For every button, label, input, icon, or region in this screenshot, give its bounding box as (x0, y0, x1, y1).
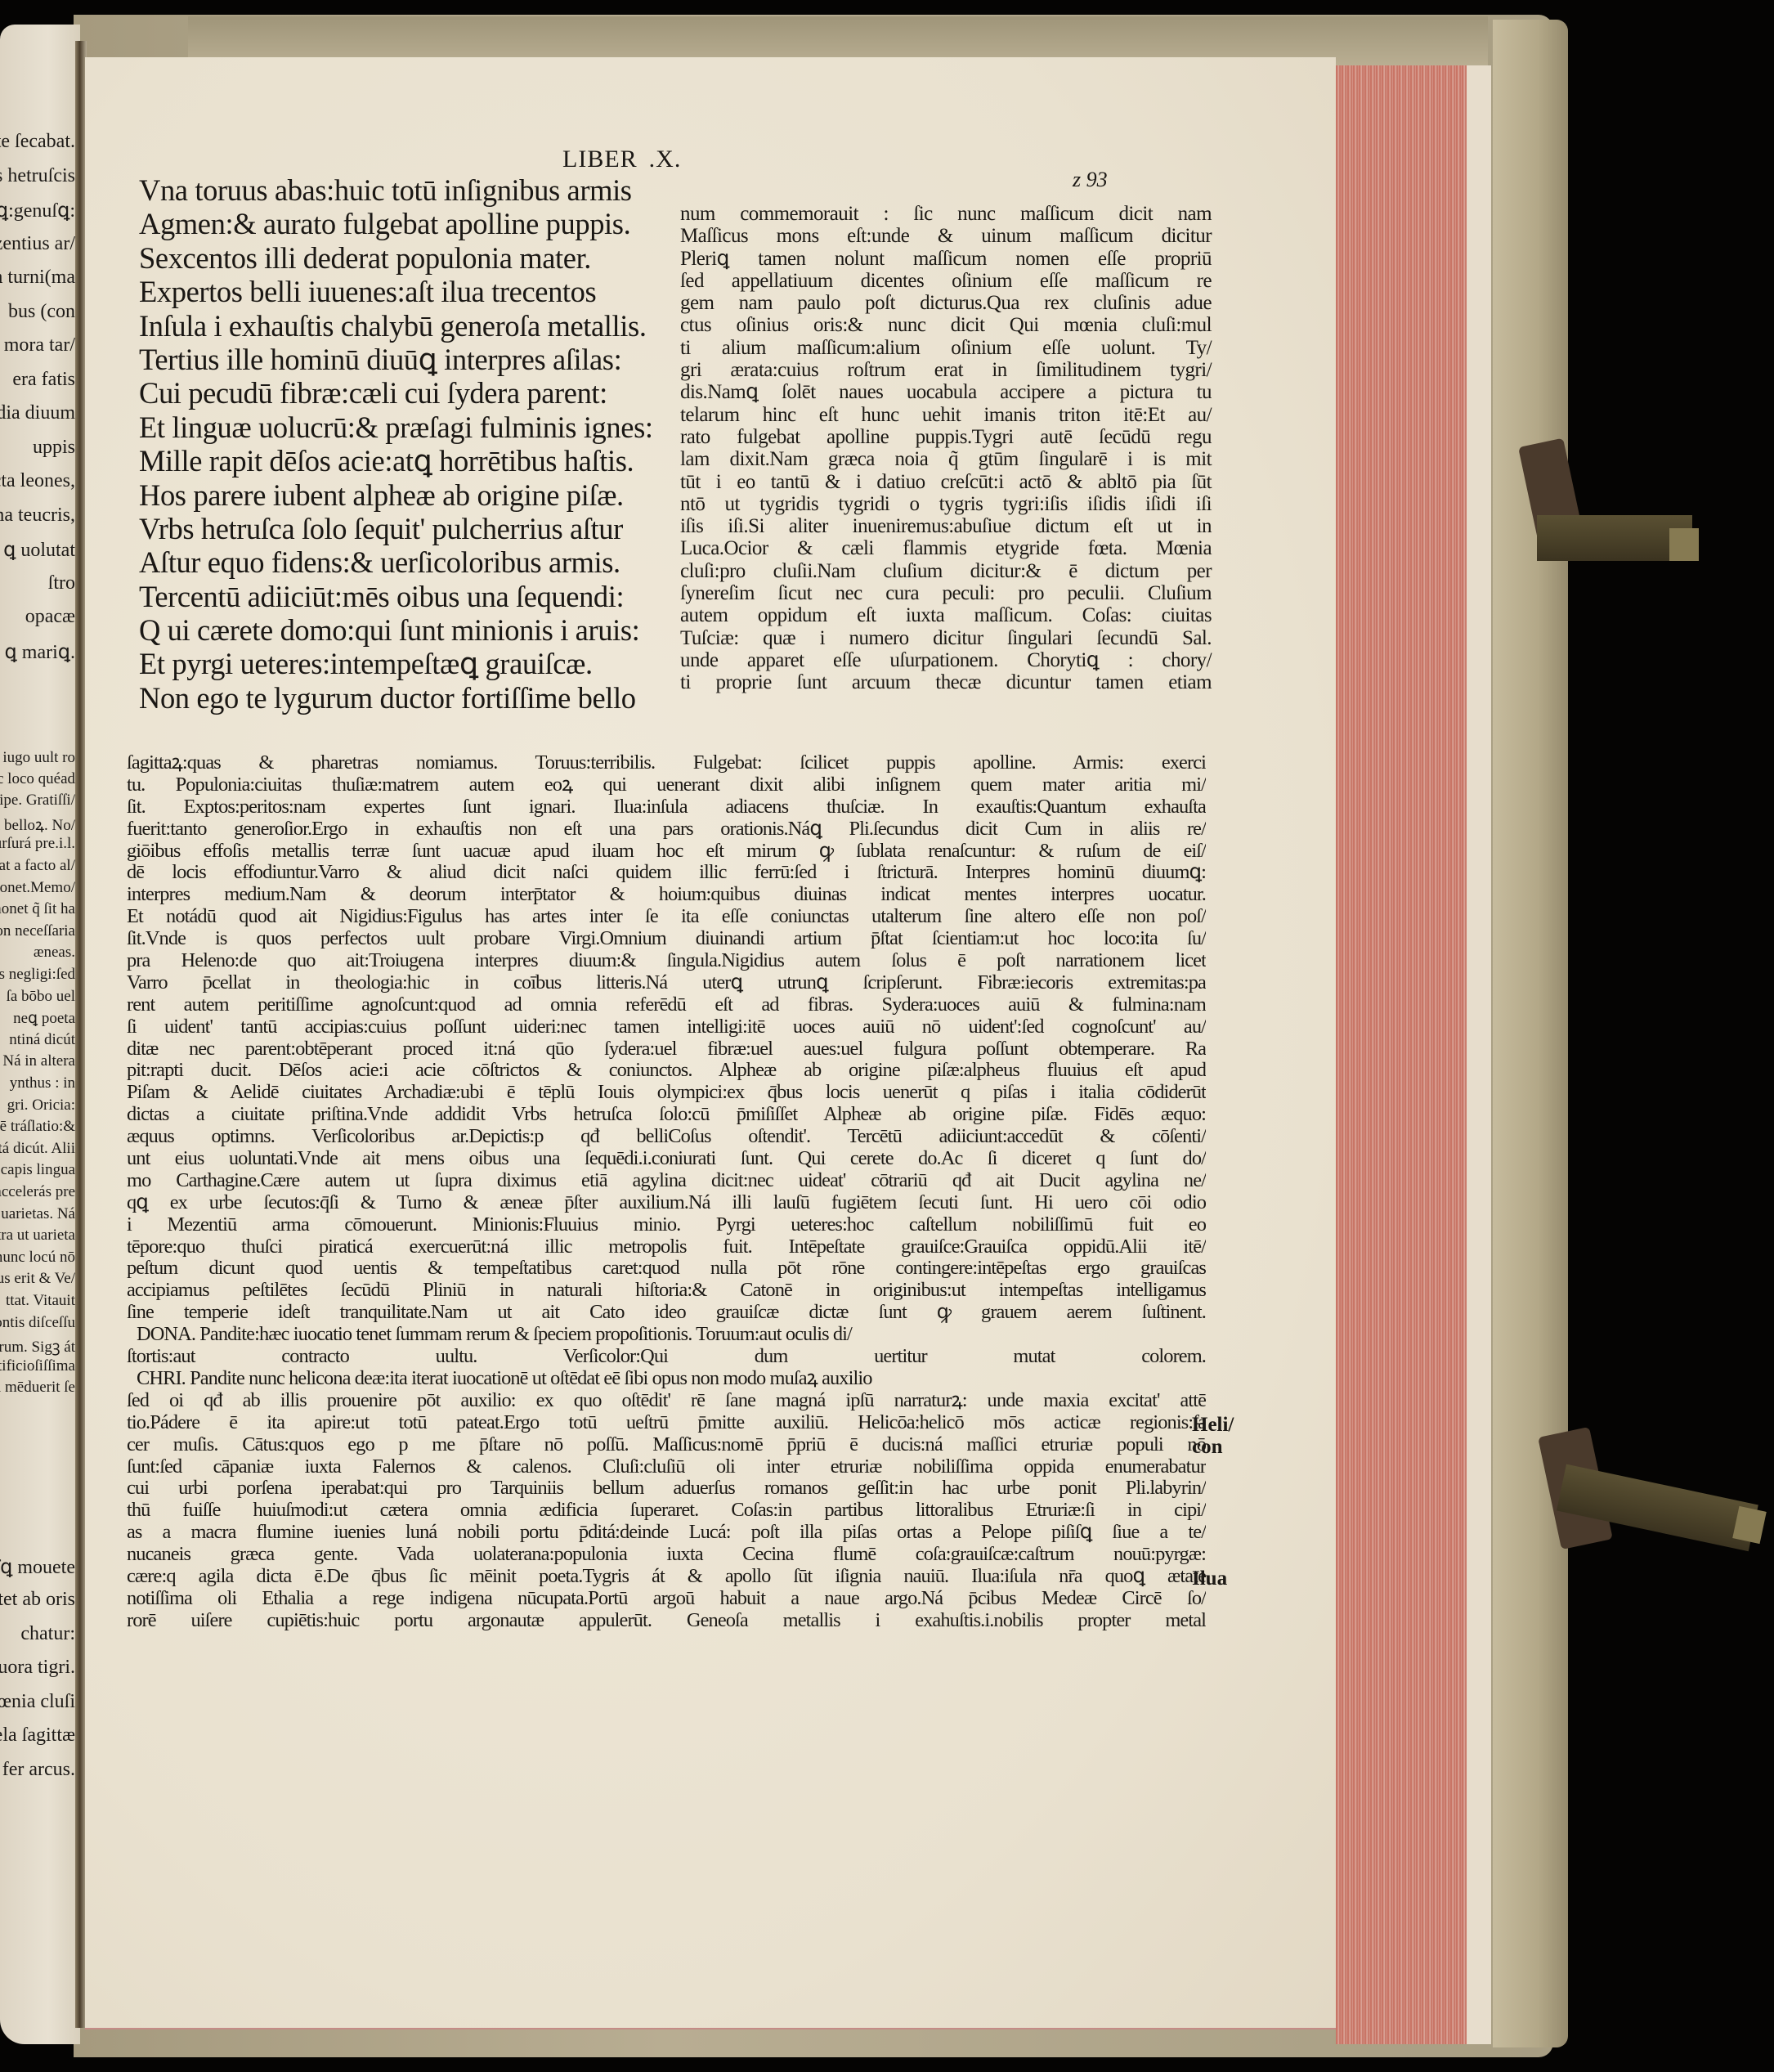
commentary-line: unde apparet eſſe uſurpationem. Chorytiꝗ… (680, 649, 1212, 671)
left-page-text-fragment: erum. Sigꝫ át (0, 1335, 75, 1357)
left-page-text-fragment: ulſꝗ mouete (0, 1555, 75, 1579)
commentary-line: i Mezentiū arma cōmouerunt. Minionis:Flu… (127, 1214, 1206, 1236)
commentary-right-column: num commemorauit : ſic nunc maſſicum dic… (680, 203, 1212, 694)
left-page-text-fragment: s curſurá pre.i.l. (0, 835, 75, 853)
left-page-text-fragment: era fatis (12, 369, 75, 391)
verse-line: Hos parere iubent alpheæ ab origine piſæ… (139, 478, 695, 512)
running-head-label: LIBER (562, 146, 638, 173)
commentary-line: CHRI. Pandite nunc helicona deæ:ita iter… (127, 1368, 1206, 1390)
left-page-text-fragment: ttat. Vitauit (6, 1292, 75, 1310)
commentary-line: tio.Pádere ē ita apire:ut totū pateat.Er… (127, 1412, 1206, 1434)
commentary-line: rent autem peritiſſime agnoſcunt:quod ad… (127, 994, 1206, 1016)
left-page-text-fragment: capis lingua (1, 1161, 75, 1179)
left-page-text-fragment: a turni(ma (0, 267, 75, 289)
left-page-text-fragment: it mora tar/ (0, 334, 75, 357)
commentary-line: nucaneis græca gente. Vada uolaterana:po… (127, 1544, 1206, 1566)
commentary-line: Et notádū quod ait Nigidius:Figulus has … (127, 906, 1206, 928)
commentary-line: thū fuiſſe huiuſmodi:ut cætera omnia ædi… (127, 1500, 1206, 1522)
verse-line: Tercentū adiiciūt:mēs oibus una ſequendi… (139, 580, 695, 613)
commentary-line: dictas a ciuitate priſtina.Vnde addidit … (127, 1104, 1206, 1126)
left-page-text-fragment: ē tráſlatio:& (0, 1118, 75, 1136)
commentary-line: rato fulgebat apolline puppis.Tygri autē… (680, 426, 1212, 448)
commentary-line: DONA. Pandite:hæc iuocatio tenet ſummam … (127, 1324, 1206, 1346)
commentary-line: ſi uident' tantū accipias:cuius poſſunt … (127, 1016, 1206, 1038)
commentary-line: rorē uiſere cupiētis:huic portu argonaut… (127, 1610, 1206, 1632)
verse-line: Et pyrgi ueteres:intempeſtæꝗ grauiſcæ. (139, 647, 695, 680)
left-page-text-fragment: ſima teucris, (0, 505, 75, 527)
left-page-text-fragment: ezentius ar/ (0, 233, 75, 255)
verse-line: Cui pecudū fibræ:cæli cui ſydera parent: (139, 376, 695, 410)
commentary-line: Luca.Ocior & cæli flammis etygride fœta.… (680, 537, 1212, 559)
signature-mark: z 93 (1073, 168, 1108, 192)
verse-line: Sexcentos illi dederat populonia mater. (139, 241, 695, 275)
commentary-line: Maſſicus mons eſt:unde & uinum maſſicum … (680, 225, 1212, 247)
left-page-text-fragment: dia diuum (0, 402, 75, 424)
verse-line: Agmen:& aurato fulgebat apolline puppis. (139, 207, 695, 240)
commentary-line: ti alium maſſicum:alium oſinium eſſe uol… (680, 337, 1212, 359)
commentary-line: autem oppidum eſt iuxta maſſicum. Coſas:… (680, 604, 1212, 626)
left-page-text-fragment: monet q̃ ſit ha (0, 900, 75, 918)
commentary-line: ſine temperie ideſt tranquilitate.Nam ut… (127, 1302, 1206, 1324)
commentary-line: ſagittaꝝ:quas & pharetras nomiamus. Toru… (127, 752, 1206, 774)
commentary-line: lam dixit.Nam græca noia q̃ gtūm ſingula… (680, 448, 1212, 470)
verse-line: Q ui cærete domo:qui ſunt minionis i aru… (139, 613, 695, 647)
verse-line: Et linguæ uolucrū:& præſagi fulminis ign… (139, 410, 695, 444)
running-head: LIBER.X. (562, 146, 681, 173)
clasp-catch (1669, 528, 1699, 561)
commentary-line: ctus oſinius oris:& nunc dicit Qui mœnia… (680, 314, 1212, 336)
commentary-line: Piſam & Aelidē ciuitates Archadiæ:ubi ē … (127, 1082, 1206, 1104)
left-page-text-fragment: í accelerás pre (0, 1183, 75, 1201)
left-page-text-fragment: nœnia cluſi (0, 1691, 75, 1713)
commentary-line: ditæ nec parent:obtēperant proced it:ná … (127, 1038, 1206, 1061)
commentary-line: ntō ut tygridis tygridi o tygris tygri:i… (680, 493, 1212, 515)
commentary-line: pra Heleno:de quo ait:Troiugena interpre… (127, 950, 1206, 972)
commentary-line: qꝗ ex urbe ſecutos:q̄ſi & Turno & æneæ p… (127, 1192, 1206, 1214)
commentary-line: notiſſima oli Ethalia a rege indigena nū… (127, 1588, 1206, 1610)
commentary-full-width: ſagittaꝝ:quas & pharetras nomiamus. Toru… (127, 752, 1206, 1632)
commentary-line: cer muſis. Cātus:quos ego p me p̄ſtare n… (127, 1434, 1206, 1456)
commentary-line: iſis iſi.Si aliter inueniremus:abuſiue d… (680, 515, 1212, 537)
left-page-text-fragment: bus (con (8, 301, 75, 323)
commentary-line: Tuſciæ: quæ i numero dicitur ſingulari ſ… (680, 627, 1212, 649)
left-facing-page: ćte ſecabat.us hetruſcisꝗ:genuſꝗ:ezentiu… (0, 25, 80, 2044)
commentary-line: ſed appellatiuum dicentes oſinium eſſe m… (680, 270, 1212, 292)
commentary-line: tēpore:quo thuſci piraticá exercuerūt:ná… (127, 1236, 1206, 1258)
book-number: .X. (649, 146, 682, 173)
left-page-text-fragment: itet ab oris (0, 1589, 75, 1611)
left-page-text-fragment: Ná in altera (2, 1052, 75, 1070)
left-page-text-fragment: ꝗ:genuſꝗ: (0, 199, 75, 222)
verse-line: Mille rapit dēſos acie:atꝗ horrētibus ha… (139, 444, 695, 478)
left-page-text-fragment: is negligi:ſed (0, 966, 75, 984)
left-page-text-fragment: audat a facto al/ (0, 857, 75, 875)
commentary-line: ſit.Vnde is quos perfectos uult probare … (127, 928, 1206, 950)
left-page-text-fragment: uora tigri. (0, 1657, 75, 1679)
commentary-line: peſtum dicunt quod uentis & tempeſtatibu… (127, 1258, 1206, 1280)
commentary-line: as a macra flumine iuenies luná nobili p… (127, 1522, 1206, 1544)
left-page-text-fragment: tus erit & Ve/ (0, 1270, 75, 1288)
commentary-line: tu. Populonia:ciuitas thuſiæ:matrem aute… (127, 774, 1206, 796)
left-page-text-fragment: n mēduerit ſe (0, 1379, 75, 1397)
left-page-text-fragment: æneas. (34, 944, 75, 962)
commentary-line: dē locis effodiuntur.Varro & aliud dicit… (127, 862, 1206, 884)
left-page-text-fragment: ncta leones, (0, 470, 75, 492)
commentary-line: interpres medium.Nam & deorum interp̄tat… (127, 884, 1206, 906)
verse-line: Non ego te lygurum ductor fortiſſime bel… (139, 681, 695, 715)
commentary-line: ſed oi qđ ab illis prouenire pōt auxilio… (127, 1390, 1206, 1412)
left-page-text-fragment: tá dicút. Alii (0, 1140, 75, 1158)
left-page-text-fragment: uppis (33, 437, 75, 459)
left-page-text-fragment: ꝗ iugo uult ro (0, 748, 75, 767)
marginal-note: con (1192, 1436, 1223, 1458)
commentary-line: accipiamus peſtilētes ſecūdū Pliniū in n… (127, 1280, 1206, 1302)
commentary-line: ſynereſim ſicut nec cura peculi: pro pec… (680, 582, 1212, 604)
left-page-text-fragment: ōtra ut uarieta (0, 1227, 75, 1245)
left-page-text-fragment: ćte ſecabat. (0, 131, 75, 153)
left-page-text-fragment: ipe. Gratiſſi/ (0, 792, 75, 810)
left-page-text-fragment: e uarietas. Ná (0, 1205, 75, 1223)
verse-line: Expertos belli iuuenes:aſt ilua trecento… (139, 275, 695, 308)
left-page-text-fragment: tela ſagittæ (0, 1724, 75, 1747)
left-page-text-fragment: nunc locú nō (0, 1249, 75, 1267)
left-page-text-fragment: hoc loco quéad (0, 770, 75, 788)
left-page-text-fragment: us hetruſcis (0, 165, 75, 187)
commentary-line: cære:q agila dicta ē.De q̄bus ſic mēinit… (127, 1566, 1206, 1588)
commentary-line: cui urbi porſena iperabat:qui pro Tarqui… (127, 1478, 1206, 1500)
commentary-line: fuerit:tanto generoſior.Ergo in exhauſti… (127, 818, 1206, 841)
verse-line: Vna toruus abas:huic totū inſignibus arm… (139, 173, 695, 207)
commentary-line: telarum hinc eſt hunc uehit imanis trito… (680, 404, 1212, 426)
commentary-line: gri ærata:cuius roſtrum erat in ſimilitu… (680, 359, 1212, 381)
verse-line: Tertius ille hominū diuūꝗ interpres aſil… (139, 343, 695, 376)
verse-line: Aſtur equo fidens:& uerſicoloribus armis… (139, 545, 695, 579)
commentary-line: cluſi:pro cluſii.Nam cluſium dicitur:& ē… (680, 560, 1212, 582)
commentary-line: Pleriꝗ tamen nolunt maſſicum nomen eſſe … (680, 248, 1212, 270)
commentary-line: unt eius uoluntati.Vnde ait mens oibus u… (127, 1148, 1206, 1170)
verse-block: Vna toruus abas:huic totū inſignibus arm… (139, 173, 695, 715)
commentary-line: num commemorauit : ſic nunc maſſicum dic… (680, 203, 1212, 225)
left-page-text-fragment: neꝗ poeta (13, 1009, 75, 1028)
commentary-line: Varro p̄cellat in theologia:hic in coību… (127, 972, 1206, 994)
verse-line: Vrbs hetruſca ſolo ſequit' pulcherrius a… (139, 512, 695, 545)
left-page-text-fragment: artificioſiſſima (0, 1357, 75, 1375)
commentary-line: pit:rapti ducit. Dēſos acie:i acie cōſtr… (127, 1060, 1206, 1082)
red-stained-page-edges (1336, 65, 1491, 2044)
commentary-line: mo Carthagine.Cære autem ut ſupra diximu… (127, 1170, 1206, 1192)
left-page-text-fragment: monet.Memo/ (0, 879, 75, 897)
marginal-note: Heli/ (1192, 1414, 1234, 1436)
left-page-text-fragment: fer arcus. (2, 1759, 75, 1781)
commentary-line: æquus optimns. Verſicoloribus ar.Depicti… (127, 1126, 1206, 1148)
commentary-line: dis.Namꝗ ſolēt naues uocabula accipere a… (680, 381, 1212, 403)
commentary-line: ſit. Exptos:peritos:nam expertes ſunt ig… (127, 796, 1206, 818)
left-page-text-fragment: ꝗ uolutat (3, 538, 75, 562)
marginal-note: Ilua (1192, 1567, 1227, 1590)
left-page-text-fragment: contis diſceſſu (0, 1314, 75, 1332)
verse-line: Inſula i exhauſtis chalybū generoſa meta… (139, 309, 695, 343)
left-page-text-fragment: ynthus : in (10, 1074, 75, 1092)
commentary-line: gem nam paulo poſt dicturus.Qua rex cluſ… (680, 292, 1212, 314)
clasp-catch (1732, 1506, 1767, 1544)
left-page-text-fragment: ꝗ mariꝗ. (5, 640, 75, 664)
left-page-text-fragment: ta belloꝝ. No/ (0, 814, 75, 835)
cover-fore-edge-binding (1493, 20, 1568, 2047)
commentary-line: ſunt:ſed cāpaniæ iuxta Falernos & caleno… (127, 1456, 1206, 1478)
left-page-text-fragment: opacæ (25, 606, 75, 628)
left-page-text-fragment: ntiná dicút (9, 1031, 75, 1049)
commentary-line: ſtortis:aut contracto uultu. Verſicolor:… (127, 1346, 1206, 1368)
left-page-text-fragment: ſa bōbo uel (7, 988, 75, 1006)
commentary-line: giōibus effoſis metallis terræ ſunt uacu… (127, 841, 1206, 863)
left-page-text-fragment: non neceſſaria (0, 922, 75, 940)
left-page-text-fragment: ſtro (48, 572, 75, 594)
left-page-text-fragment: chatur: (20, 1623, 75, 1645)
commentary-line: ti proprie ſunt arcuum thecæ dicuntur ta… (680, 671, 1212, 693)
left-page-text-fragment: gri. Oricia: (7, 1097, 75, 1114)
commentary-line: tūt i eo tantū & i datiuo creſcūt:i actō… (680, 471, 1212, 493)
